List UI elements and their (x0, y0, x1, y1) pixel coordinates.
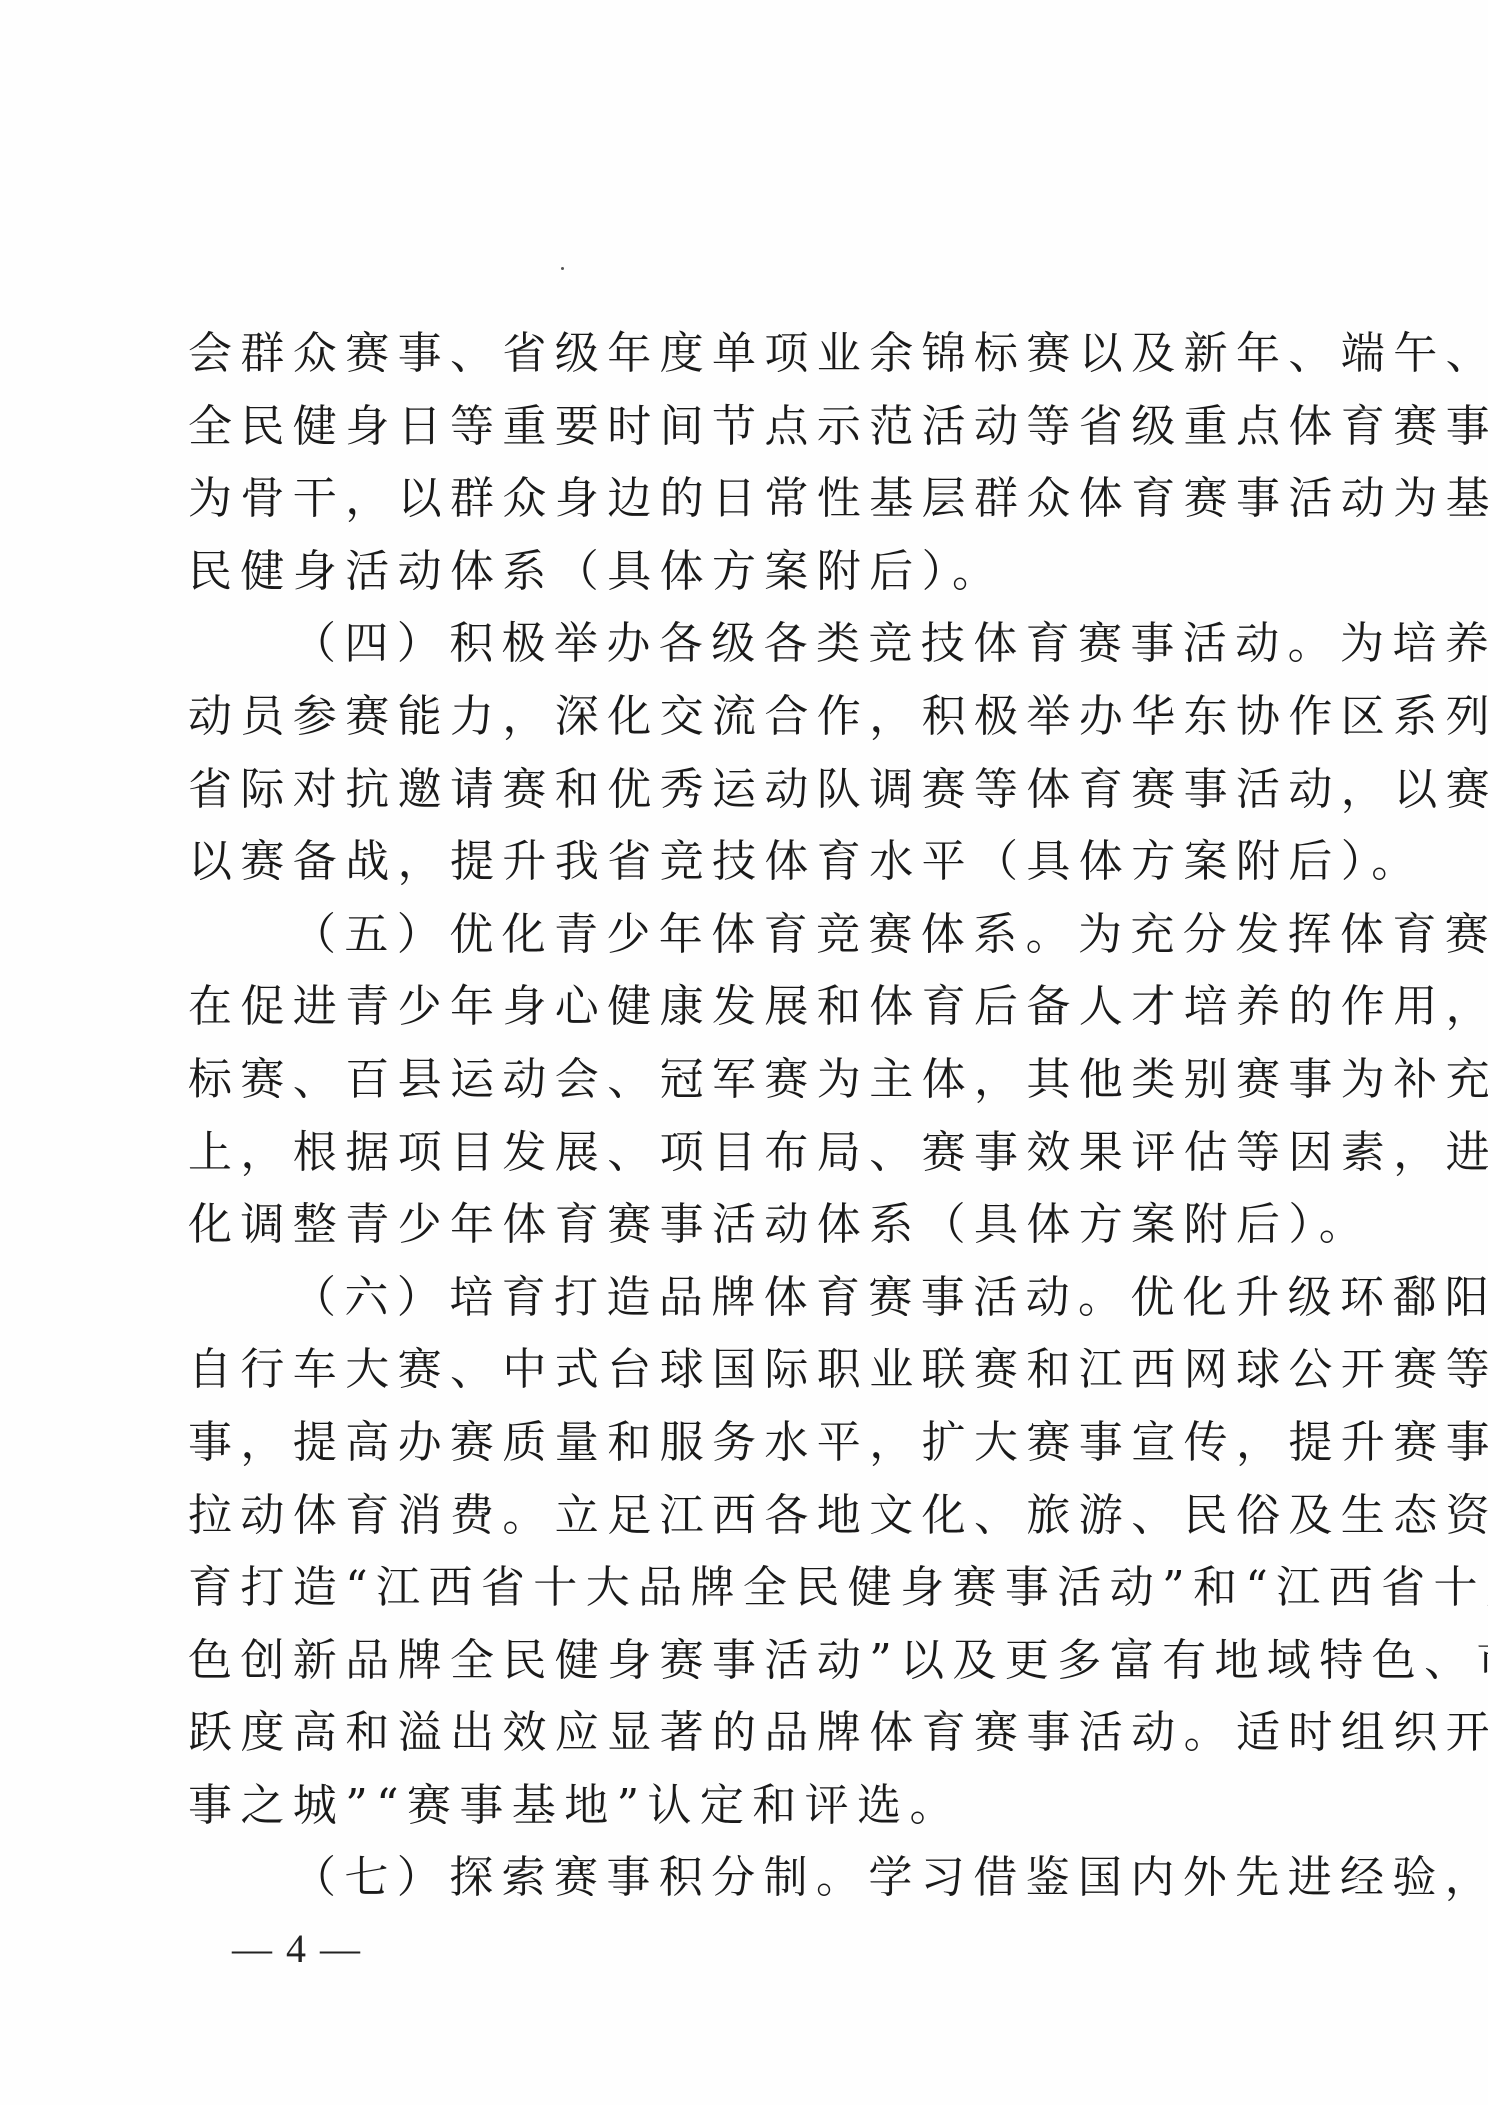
section-heading-line: （五）优化青少年体育竞赛体系。为充分发挥体育赛事活动 (188, 903, 1298, 976)
text-line: 事，提高办赛质量和服务水平，扩大赛事宣传，提升赛事影响力， (188, 1411, 1298, 1484)
text-line: 为骨干，以群众身边的日常性基层群众体育赛事活动为基石的全 (188, 467, 1298, 540)
text-line: 育打造“江西省十大品牌全民健身赛事活动”和“江西省十大特 (188, 1556, 1298, 1629)
section-heading-line: （四）积极举办各级各类竞技体育赛事活动。为培养锻炼运 (188, 612, 1298, 685)
scan-artifact-dot (561, 267, 564, 270)
text-line: 跃度高和溢出效应显著的品牌体育赛事活动。适时组织开展“赛 (188, 1701, 1298, 1774)
text-line: 自行车大赛、中式台球国际职业联赛和江西网球公开赛等品牌赛 (188, 1338, 1298, 1411)
text-line: 标赛、百县运动会、冠军赛为主体，其他类别赛事为补充的基础 (188, 1048, 1298, 1121)
document-page: 会群众赛事、省级年度单项业余锦标赛以及新年、端午、重阳、 全民健身日等重要时间节… (0, 0, 1488, 2105)
paragraph-continuation: 会群众赛事、省级年度单项业余锦标赛以及新年、端午、重阳、 全民健身日等重要时间节… (188, 322, 1298, 612)
text-line: 民健身活动体系（具体方案附后）。 (188, 540, 1298, 613)
section-heading-line: （七）探索赛事积分制。学习借鉴国内外先进经验，结合江 (188, 1846, 1298, 1919)
text-line: 以赛备战，提升我省竞技体育水平（具体方案附后）。 (188, 830, 1298, 903)
text-line: 拉动体育消费。立足江西各地文化、旅游、民俗及生态资源，培 (188, 1484, 1298, 1557)
document-body: 会群众赛事、省级年度单项业余锦标赛以及新年、端午、重阳、 全民健身日等重要时间节… (188, 322, 1298, 1919)
text-line: 动员参赛能力，深化交流合作，积极举办华东协作区系列赛事、 (188, 685, 1298, 758)
text-line: 化调整青少年体育赛事活动体系（具体方案附后）。 (188, 1193, 1298, 1266)
text-line: 事之城”“赛事基地”认定和评选。 (188, 1774, 1298, 1847)
text-line: 会群众赛事、省级年度单项业余锦标赛以及新年、端午、重阳、 (188, 322, 1298, 395)
paragraph-section-7: （七）探索赛事积分制。学习借鉴国内外先进经验，结合江 (188, 1846, 1298, 1919)
page-number: — 4 — (232, 1925, 362, 1972)
paragraph-section-5: （五）优化青少年体育竞赛体系。为充分发挥体育赛事活动 在促进青少年身心健康发展和… (188, 903, 1298, 1266)
text-line: 上，根据项目发展、项目布局、赛事效果评估等因素，进一步优 (188, 1121, 1298, 1194)
paragraph-section-4: （四）积极举办各级各类竞技体育赛事活动。为培养锻炼运 动员参赛能力，深化交流合作… (188, 612, 1298, 902)
text-line: 全民健身日等重要时间节点示范活动等省级重点体育赛事活动 (188, 395, 1298, 468)
text-line: 在促进青少年身心健康发展和体育后备人才培养的作用，在以锦 (188, 975, 1298, 1048)
text-line: 色创新品牌全民健身赛事活动”以及更多富有地域特色、市场活 (188, 1629, 1298, 1702)
text-line: 省际对抗邀请赛和优秀运动队调赛等体育赛事活动，以赛促训、 (188, 758, 1298, 831)
paragraph-section-6: （六）培育打造品牌体育赛事活动。优化升级环鄱阳湖国际 自行车大赛、中式台球国际职… (188, 1266, 1298, 1847)
section-heading-line: （六）培育打造品牌体育赛事活动。优化升级环鄱阳湖国际 (188, 1266, 1298, 1339)
